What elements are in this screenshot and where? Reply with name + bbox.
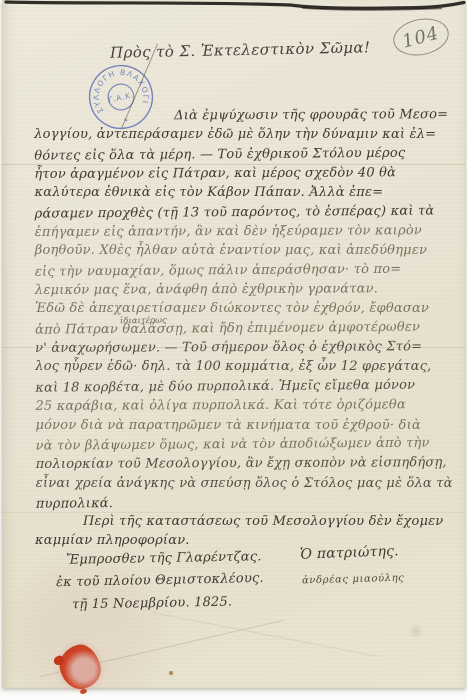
scan-background: 104 ΣΥΛΛΟΓΗ ΒΛΑΧΟΓΙΑΝΝΗ Γ.Α.Κ. * Πρὸς τὸ… bbox=[0, 0, 467, 700]
manuscript-line: λογγίου, ἀντεπεράσαμεν ἐδῶ μὲ ὅλην τὴν δ… bbox=[34, 125, 456, 144]
manuscript-line: νὰ τὸν βλάψωμεν ὅμως, καὶ νὰ τὸν ἀποδιώξ… bbox=[36, 433, 458, 456]
manuscript-line: Ἐδῶ δὲ ἀπεχαιρετίσαμεν διώκοντες τὸν ἐχθ… bbox=[35, 299, 457, 318]
manuscript-line: θόντες εἰς ὅλα τὰ μέρη. — Τοῦ ἐχθρικοῦ Σ… bbox=[34, 143, 456, 166]
manuscript-line: πολιορκίαν τοῦ Μεσολογγίου, ἂν ἔχῃ σκοπὸ… bbox=[36, 453, 458, 474]
manuscript-line: Διὰ ἐμψύχωσιν τῆς φρουρᾶς τοῦ Μεσο= bbox=[34, 105, 456, 126]
wax-seal bbox=[55, 641, 104, 693]
page-top-edge-shadow bbox=[2, 0, 466, 14]
closing-ship-line: ἐκ τοῦ πλοίου Θεμιστοκλέους. bbox=[56, 571, 264, 590]
signoff: Ὁ πατριώτης. bbox=[300, 543, 399, 562]
ink-speck bbox=[169, 671, 173, 675]
closing-place-line: Ἔμπροσθεν τῆς Γλαρέντζας. bbox=[66, 549, 262, 567]
archive-number-circle: 104 bbox=[390, 14, 452, 60]
manuscript-line: λεμικόν μας ἕνα, ἀνάφθη ἀπὸ ἐχθρικὴν γρα… bbox=[35, 279, 457, 300]
manuscript-line: λος ηὗρεν ἐδῶ· δηλ. τὰ 100 κομμάτια, ἐξ … bbox=[35, 357, 457, 376]
stamp-center-text: Γ.Α.Κ. bbox=[107, 90, 134, 104]
manuscript-line: μόνον διὰ νὰ παρατηρῶμεν τὰ κινήματα τοῦ… bbox=[36, 415, 458, 434]
fold-crease-diagonal bbox=[152, 612, 378, 657]
manuscript-line: ἐπήγαμεν εἰς ἀπαντήν, ἂν καὶ δὲν ἠξεύραμ… bbox=[35, 221, 457, 242]
letter-heading: Πρὸς τὸ Σ. Ἐκτελεστικὸν Σῶμα! bbox=[110, 38, 371, 61]
manuscript-line: ἦτον ἀραγμένον εἰς Πάτραν, καὶ μέρος σχε… bbox=[34, 163, 456, 184]
interlinear-note: ἰδιαιτέρως bbox=[120, 316, 167, 327]
signature-miaoulis: ἀνδρέας μιαούλης bbox=[302, 573, 405, 587]
manuscript-line: καλύτερα ἐθνικὰ εἰς τὸν Κάβον Πάπαν. Ἀλλ… bbox=[34, 183, 456, 202]
manuscript-line: βοηθοῦν. Χθὲς ἦλθαν αὐτὰ ἐναντίον μας, κ… bbox=[35, 241, 457, 260]
manuscript-line: ἀπὸ Πάτραν θαλάσσῃ, καὶ ἤδη ἐπιμένομεν ἀ… bbox=[35, 317, 457, 340]
letter-body: Διὰ ἐμψύχωσιν τῆς φρουρᾶς τοῦ Μεσο= λογγ… bbox=[34, 105, 458, 513]
paper-stain bbox=[408, 624, 424, 638]
closing-date-line: τῇ 15 Νοεμβρίου. 1825. bbox=[72, 595, 233, 613]
manuscript-line: εἶναι χρεία ἀνάγκης νὰ σπεύσῃ ὅλος ὁ Στό… bbox=[36, 474, 458, 493]
manuscript-line: ν' ἀναχωρήσωμεν. — Τοῦ σήμερον ὅλος ὁ ἐχ… bbox=[35, 337, 457, 358]
manuscript-line: Περὶ τῆς καταστάσεως τοῦ Μεσολογγίου δὲν… bbox=[35, 512, 457, 531]
archive-number: 104 bbox=[400, 22, 442, 52]
manuscript-line: καὶ 18 κορβέτα, μὲ δύο πυρπολικά. Ἡμεῖς … bbox=[35, 375, 457, 398]
letter-page: 104 ΣΥΛΛΟΓΗ ΒΛΑΧΟΓΙΑΝΝΗ Γ.Α.Κ. * Πρὸς τὸ… bbox=[2, 0, 466, 688]
manuscript-line: εἰς τὴν ναυμαχίαν, ὅμως πάλιν ἀπεράσθησα… bbox=[35, 259, 457, 282]
manuscript-line: ράσαμεν προχθὲς (τῇ 13 τοῦ παρόντος, τὸ … bbox=[35, 201, 457, 224]
manuscript-line: 25 καράβια, καὶ ὀλίγα πυρπολικά. Καὶ τότ… bbox=[35, 395, 457, 416]
manuscript-line: πυρπολικά. bbox=[36, 491, 458, 514]
